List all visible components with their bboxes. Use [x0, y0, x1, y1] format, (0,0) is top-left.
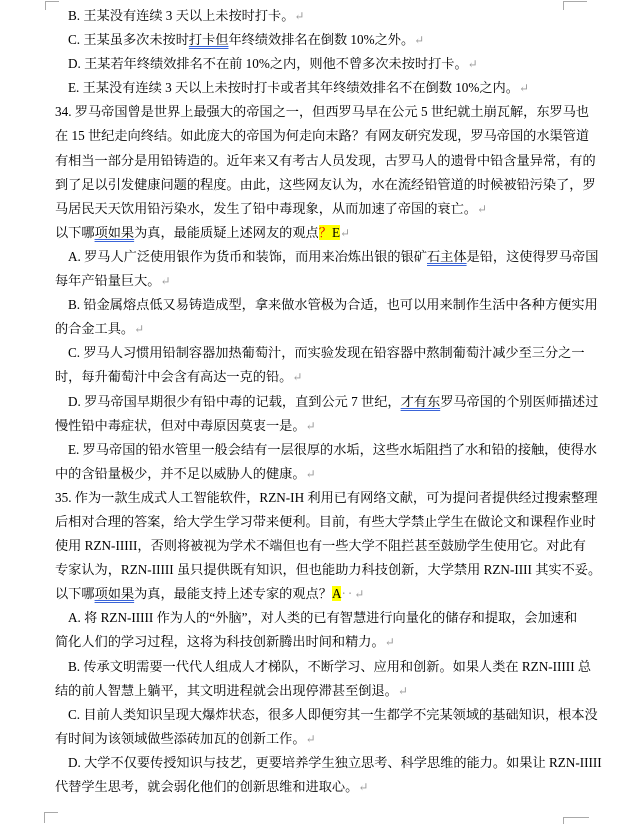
- body-text[interactable]: D. 罗马帝国早期很少有铅中毒的记载，直到公元 7 世纪，: [68, 394, 401, 409]
- text-line[interactable]: 使用 RZN-IIIII，否则将被视为学术不端但也有一些大学不阻拦甚至鼓励学生使…: [55, 534, 578, 558]
- text-line[interactable]: 专家认为，RZN-IIIII 虽只提供既有知识，但也能助力科技创新，大学禁用 R…: [55, 558, 578, 582]
- body-text[interactable]: 年终绩效排名在倒数 10%之外。: [228, 32, 414, 47]
- paragraph-mark-icon: ↵: [414, 33, 424, 47]
- body-text[interactable]: 使用 RZN-IIIII，否则将被视为学术不端但也有一些大学不阻拦甚至鼓励学生使…: [55, 538, 586, 553]
- paragraph-mark-icon: ↵: [306, 732, 316, 746]
- body-text[interactable]: 以下哪: [55, 225, 95, 240]
- paragraph-mark-icon: ↵: [306, 419, 316, 433]
- text-line[interactable]: D. 大学不仅要传授知识与技艺，更要培养学生独立思考、科学思维的能力。如果让 R…: [55, 751, 578, 775]
- text-line[interactable]: C. 目前人类知识呈现大爆炸状态，很多人即便穷其一生都学不完某领域的基础知识，根…: [55, 703, 578, 727]
- text-line[interactable]: D. 罗马帝国早期很少有铅中毒的记载，直到公元 7 世纪，才有东罗马帝国的个别医…: [55, 390, 578, 414]
- text-line[interactable]: 后相对合理的答案，给大学生学习带来便利。目前，有些大学禁止学生在做论文和课程作业…: [55, 510, 578, 534]
- body-text[interactable]: C. 王某虽多次未按时: [68, 32, 189, 47]
- body-text[interactable]: B. 王某没有连续 3 天以上未按时打卡。: [68, 8, 294, 23]
- highlighted-answer[interactable]: E: [332, 225, 340, 240]
- body-text[interactable]: 到了足以引发健康问题的程度。由此，这些网友认为，水在流经铅管道的时候被铅污染了，…: [55, 177, 596, 192]
- body-text[interactable]: 简化人们的学习过程，这将为科技创新腾出时间和精力。: [55, 634, 385, 649]
- paragraph-mark-icon: ↵: [340, 226, 350, 240]
- text-line[interactable]: 的合金工具。↵: [55, 317, 578, 341]
- paragraph-mark-icon: ↵: [477, 202, 487, 216]
- body-text[interactable]: 有相当一部分是用铅铸造的。近年来又有考古人员发现，古罗马人的遗骨中铅含量异常，有…: [55, 153, 596, 168]
- grammar-underline-text[interactable]: 石主体: [427, 249, 467, 264]
- body-text[interactable]: 以下哪: [55, 586, 95, 601]
- text-line[interactable]: 马居民天天饮用铅污染水，发生了铅中毒现象，从而加速了帝国的衰亡。↵: [55, 197, 578, 221]
- paragraph-mark-icon: ↵: [354, 587, 364, 601]
- text-line[interactable]: 有时间为该领域做些添砖加瓦的创新工作。↵: [55, 727, 578, 751]
- body-text[interactable]: B. 铅金属熔点低又易铸造成型，拿来做水管极为合适，也可以用来制作生活中各种方便…: [68, 297, 598, 312]
- body-text[interactable]: 慢性铅中毒症状，但对中毒原因莫衷一是。: [55, 418, 306, 433]
- body-text[interactable]: 每年产铅量巨大。: [55, 273, 161, 288]
- paragraph-mark-icon: ↵: [519, 81, 529, 95]
- paragraph-mark-icon: ↵: [306, 467, 316, 481]
- text-line[interactable]: D. 王某若年终绩效排名不在前 10%之内，则他不曾多次未按时打卡。↵: [55, 52, 578, 76]
- grammar-underline-text[interactable]: 才有东: [401, 394, 441, 409]
- text-line[interactable]: 以下哪项如果为真，最能支持上述专家的观点？A··↵: [55, 582, 578, 606]
- text-line[interactable]: E. 罗马帝国的铅水管里一般会结有一层很厚的水垢，这些水垢阻挡了水和铅的接触，使…: [55, 438, 578, 462]
- text-line[interactable]: E. 王某没有连续 3 天以上未按时打卡或者其年终绩效排名不在倒数 10%之内。…: [55, 76, 578, 100]
- text-line[interactable]: 每年产铅量巨大。↵: [55, 269, 578, 293]
- body-text[interactable]: 为真，最能支持上述专家的观点？: [134, 586, 332, 601]
- text-line[interactable]: 慢性铅中毒症状，但对中毒原因莫衷一是。↵: [55, 414, 578, 438]
- body-text[interactable]: 在 15 世纪走向终结。如此庞大的帝国为何走向末路？有网友研究发现，罗马帝国的水…: [55, 128, 589, 143]
- body-text[interactable]: D. 大学不仅要传授知识与技艺，更要培养学生独立思考、科学思维的能力。如果让 R…: [68, 755, 602, 770]
- body-text[interactable]: 为真，最能质疑上述网友的观点: [134, 225, 319, 240]
- body-text[interactable]: 罗马帝国的个别医师描述过: [440, 394, 598, 409]
- crop-mark-bottom-left-icon: [44, 812, 58, 823]
- highlighted-question-mark[interactable]: ？: [319, 225, 332, 240]
- word-page[interactable]: B. 王某没有连续 3 天以上未按时打卡。↵C. 王某虽多次未按时打卡但年终绩效…: [0, 0, 624, 824]
- body-text[interactable]: 马居民天天饮用铅污染水，发生了铅中毒现象，从而加速了帝国的衰亡。: [55, 201, 477, 216]
- body-text[interactable]: 后相对合理的答案，给大学生学习带来便利。目前，有些大学禁止学生在做论文和课程作业…: [55, 514, 596, 529]
- text-line[interactable]: C. 王某虽多次未按时打卡但年终绩效排名在倒数 10%之外。↵: [55, 28, 578, 52]
- text-line[interactable]: 结的前人智慧上躺平，其文明进程就会出现停滞甚至倒退。↵: [55, 679, 578, 703]
- body-text[interactable]: 时，每升葡萄汁中会含有高达一克的铅。: [55, 369, 292, 384]
- body-text[interactable]: 35. 作为一款生成式人工智能软件，RZN-IH 利用已有网络文献，可为提问者提…: [55, 490, 598, 505]
- body-text[interactable]: B. 传承文明需要一代代人组成人才梯队，不断学习、应用和创新。如果人类在 RZN…: [68, 659, 591, 674]
- body-text[interactable]: A. 将 RZN-IIIII 作为人的“外脑”，对人类的已有智慧进行向量化的储存…: [68, 610, 577, 625]
- grammar-underline-text[interactable]: 打卡但: [189, 32, 229, 47]
- body-text[interactable]: 结的前人智慧上躺平，其文明进程就会出现停滞甚至倒退。: [55, 683, 398, 698]
- body-text[interactable]: 有时间为该领域做些添砖加瓦的创新工作。: [55, 731, 306, 746]
- text-line[interactable]: B. 铅金属熔点低又易铸造成型，拿来做水管极为合适，也可以用来制作生活中各种方便…: [55, 293, 578, 317]
- space-marks-icon: ··: [341, 586, 354, 601]
- paragraph-mark-icon: ↵: [385, 635, 395, 649]
- paragraph-mark-icon: ↵: [292, 370, 302, 384]
- body-text[interactable]: 中的含铅量极少，并不足以威胁人的健康。: [55, 466, 306, 481]
- body-text[interactable]: D. 王某若年终绩效排名不在前 10%之内，则他不曾多次未按时打卡。: [68, 56, 468, 71]
- paragraph-mark-icon: ↵: [358, 780, 368, 794]
- body-text[interactable]: C. 目前人类知识呈现大爆炸状态，很多人即便穷其一生都学不完某领域的基础知识，根…: [68, 707, 598, 722]
- text-line[interactable]: 中的含铅量极少，并不足以威胁人的健康。↵: [55, 462, 578, 486]
- text-line[interactable]: 以下哪项如果为真，最能质疑上述网友的观点？E↵: [55, 221, 578, 245]
- text-line[interactable]: B. 王某没有连续 3 天以上未按时打卡。↵: [55, 4, 578, 28]
- text-line[interactable]: C. 罗马人习惯用铅制容器加热葡萄汁，而实验发现在铅容器中熬制葡萄汁减少至三分之…: [55, 341, 578, 365]
- body-text[interactable]: 是铅，这使得罗马帝国: [467, 249, 599, 264]
- text-line[interactable]: 时，每升葡萄汁中会含有高达一克的铅。↵: [55, 365, 578, 389]
- text-line[interactable]: A. 将 RZN-IIIII 作为人的“外脑”，对人类的已有智慧进行向量化的储存…: [55, 606, 578, 630]
- text-line[interactable]: 34. 罗马帝国曾是世界上最强大的帝国之一，但西罗马早在公元 5 世纪就土崩瓦解…: [55, 100, 578, 124]
- paragraph-mark-icon: ↵: [161, 274, 171, 288]
- body-text[interactable]: 的合金工具。: [55, 321, 134, 336]
- grammar-underline-text[interactable]: 项如果: [95, 586, 135, 601]
- body-text[interactable]: 34. 罗马帝国曾是世界上最强大的帝国之一，但西罗马早在公元 5 世纪就土崩瓦解…: [55, 104, 589, 119]
- body-text[interactable]: 专家认为，RZN-IIIII 虽只提供既有知识，但也能助力科技创新，大学禁用 R…: [55, 562, 601, 577]
- paragraph-mark-icon: ↵: [398, 684, 408, 698]
- text-line[interactable]: A. 罗马人广泛使用银作为货币和装饰，而用来冶炼出银的银矿石主体是铅，这使得罗马…: [55, 245, 578, 269]
- paragraph-mark-icon: ↵: [468, 57, 478, 71]
- text-line[interactable]: 简化人们的学习过程，这将为科技创新腾出时间和精力。↵: [55, 630, 578, 654]
- body-text[interactable]: C. 罗马人习惯用铅制容器加热葡萄汁，而实验发现在铅容器中熬制葡萄汁减少至三分之…: [68, 345, 585, 360]
- grammar-underline-text[interactable]: 项如果: [95, 225, 135, 240]
- body-text[interactable]: 代替学生思考，就会弱化他们的创新思维和进取心。: [55, 779, 358, 794]
- text-line[interactable]: 在 15 世纪走向终结。如此庞大的帝国为何走向末路？有网友研究发现，罗马帝国的水…: [55, 124, 578, 148]
- body-text[interactable]: A. 罗马人广泛使用银作为货币和装饰，而用来冶炼出银的银矿: [68, 249, 427, 264]
- body-text[interactable]: E. 王某没有连续 3 天以上未按时打卡或者其年终绩效排名不在倒数 10%之内。: [68, 80, 519, 95]
- paragraph-mark-icon: ↵: [134, 322, 144, 336]
- text-line[interactable]: B. 传承文明需要一代代人组成人才梯队，不断学习、应用和创新。如果人类在 RZN…: [55, 655, 578, 679]
- text-line[interactable]: 到了足以引发健康问题的程度。由此，这些网友认为，水在流经铅管道的时候被铅污染了，…: [55, 173, 578, 197]
- text-line[interactable]: 35. 作为一款生成式人工智能软件，RZN-IH 利用已有网络文献，可为提问者提…: [55, 486, 578, 510]
- body-text[interactable]: E. 罗马帝国的铅水管里一般会结有一层很厚的水垢，这些水垢阻挡了水和铅的接触，使…: [68, 442, 597, 457]
- document-text[interactable]: B. 王某没有连续 3 天以上未按时打卡。↵C. 王某虽多次未按时打卡但年终绩效…: [55, 4, 578, 799]
- paragraph-mark-icon: ↵: [294, 9, 304, 23]
- text-line[interactable]: 有相当一部分是用铅铸造的。近年来又有考古人员发现，古罗马人的遗骨中铅含量异常，有…: [55, 149, 578, 173]
- text-line[interactable]: 代替学生思考，就会弱化他们的创新思维和进取心。↵: [55, 775, 578, 799]
- crop-mark-bottom-right-icon: [563, 817, 589, 824]
